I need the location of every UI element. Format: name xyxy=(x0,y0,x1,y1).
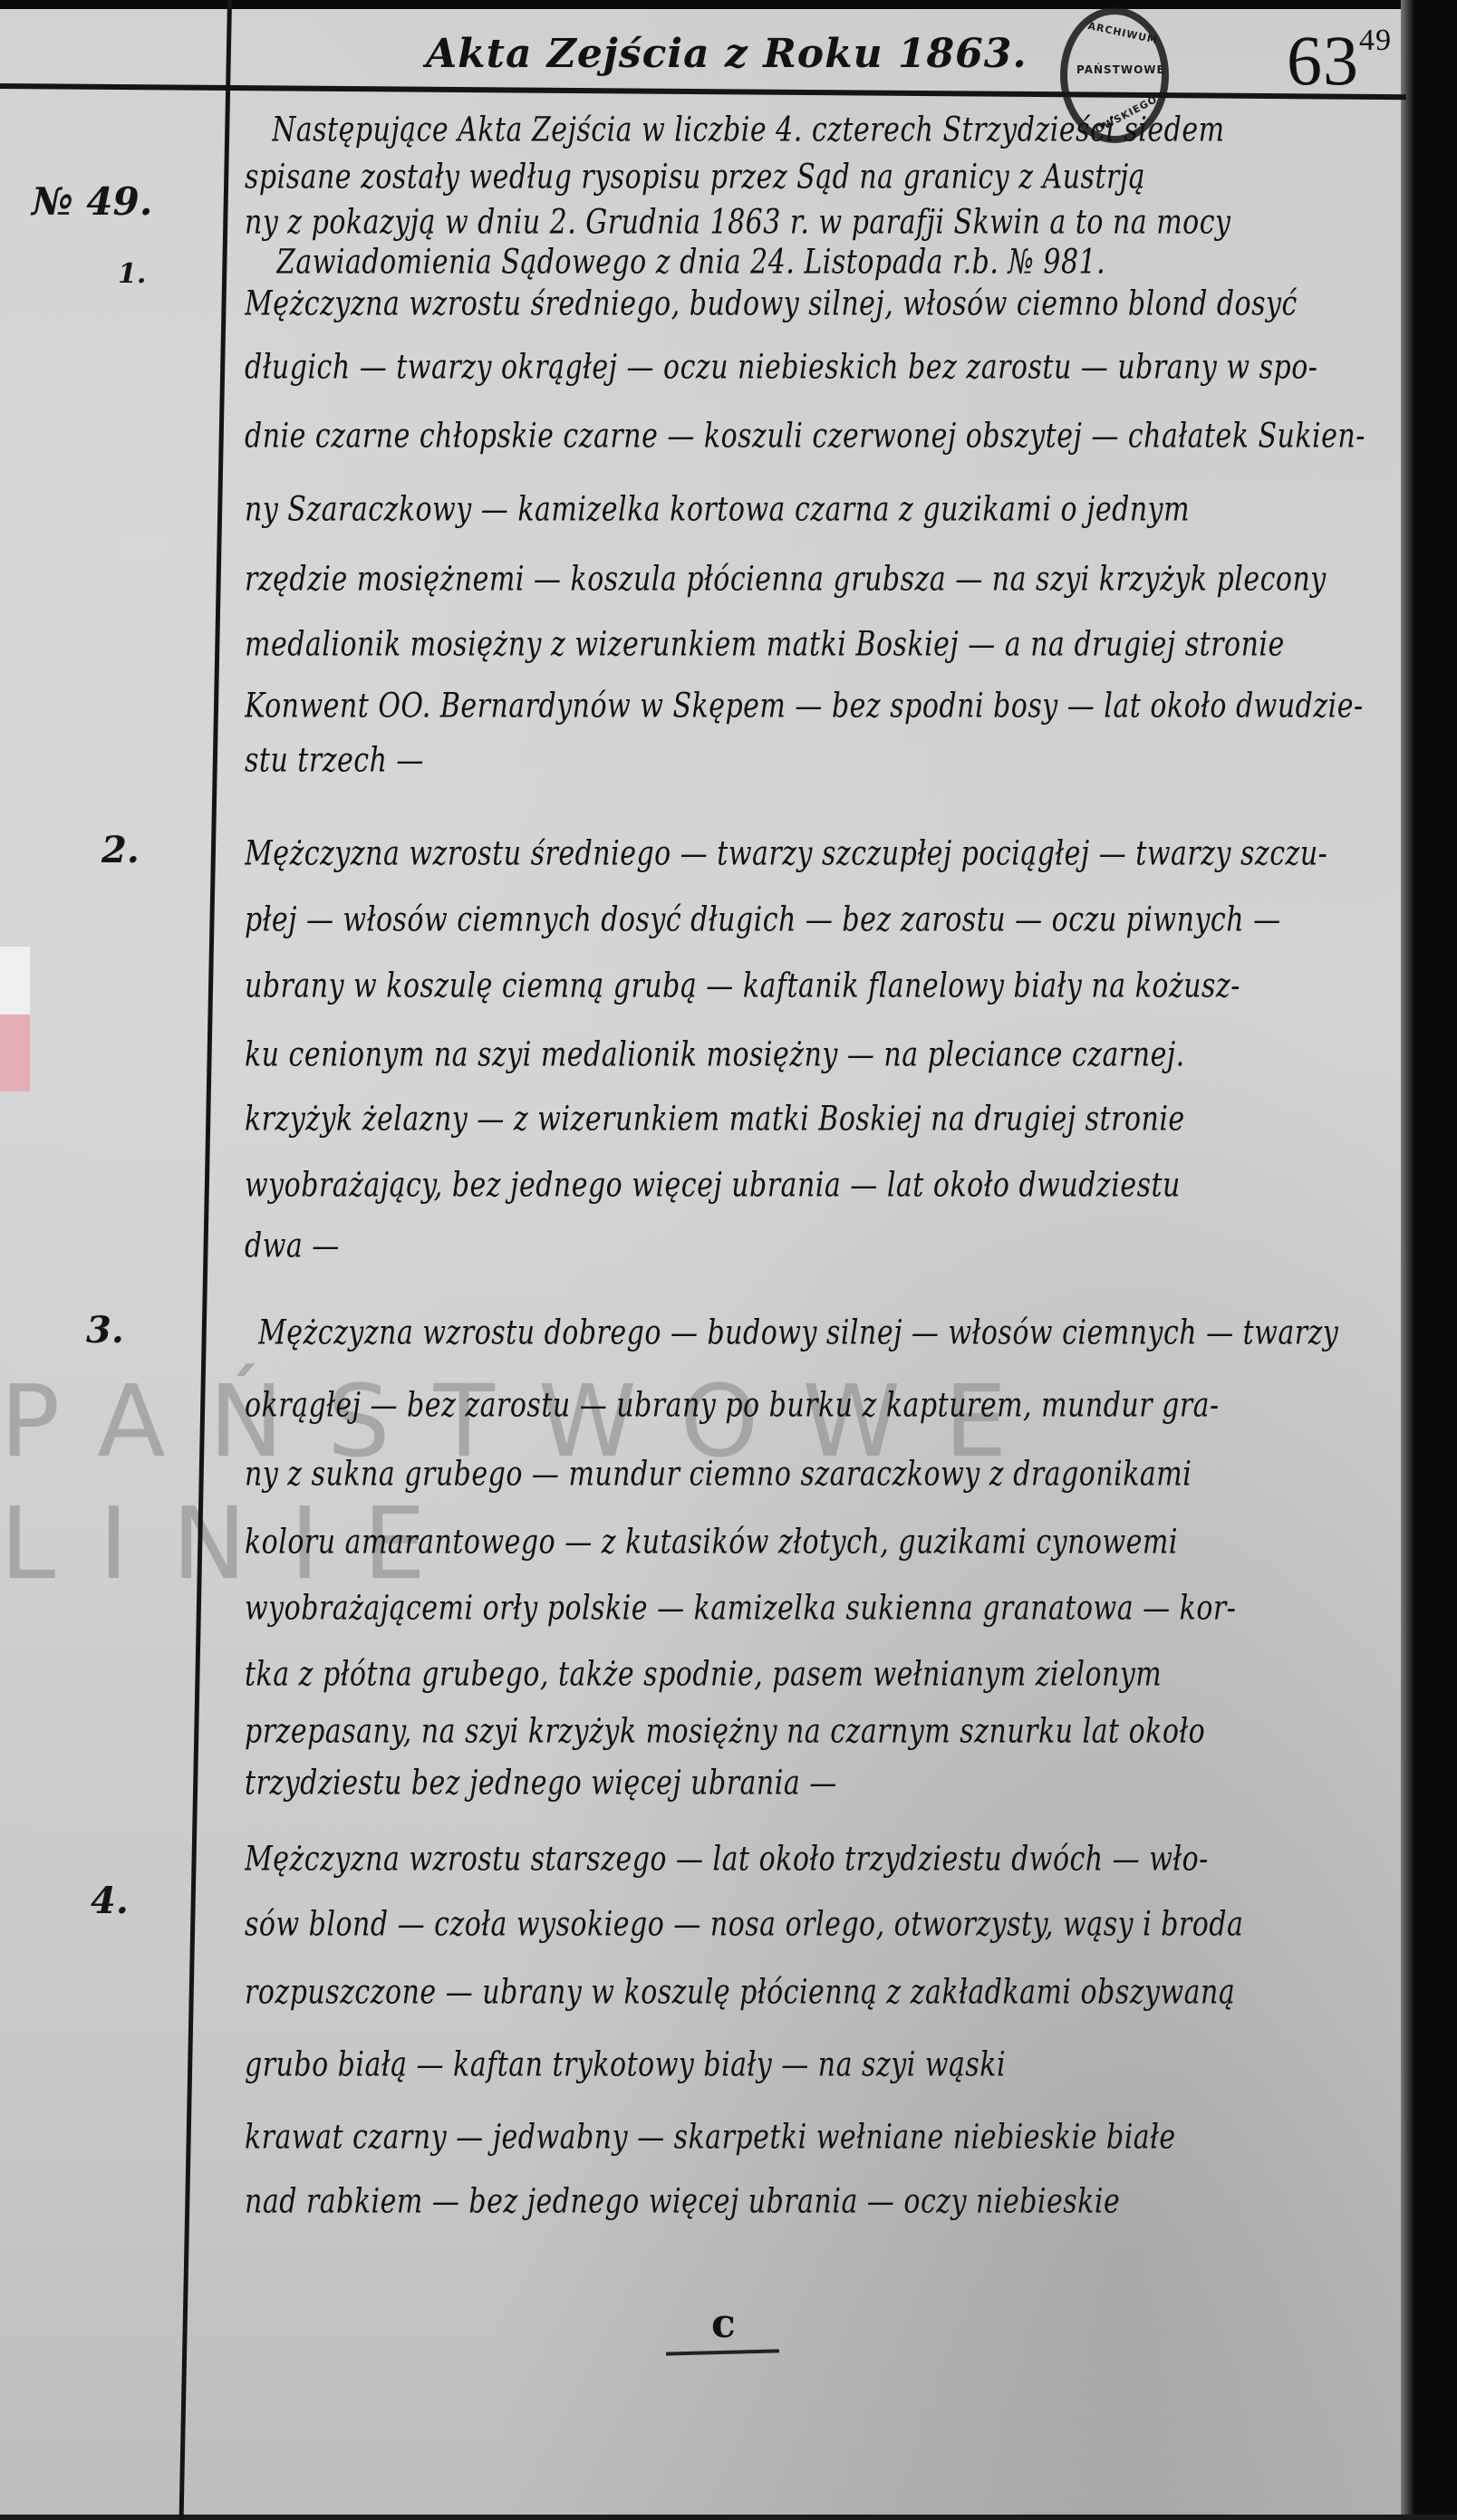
folio-number: 6349 xyxy=(1287,20,1392,101)
entry-4-line: rozpuszczone — ubrany w koszulę płócienn… xyxy=(245,1973,1400,2013)
watermark-white-block xyxy=(0,947,30,1015)
entry-3-line: trzydziestu bez jednego więcej ubrania — xyxy=(245,1764,1400,1803)
entry-3-line: tka z płótna grubego, także spodnie, pas… xyxy=(245,1655,1400,1695)
intro-line: ny z pokazyją w dniu 2. Grudnia 1863 r. … xyxy=(245,203,1400,243)
scan-bottom-border xyxy=(0,2515,1457,2520)
entry-number-4: 4. xyxy=(91,1880,129,1922)
entry-4-line: grubo białą — kaftan trykotowy biały — n… xyxy=(245,2045,1400,2085)
folio-superscript: 49 xyxy=(1359,24,1392,57)
folio-main: 63 xyxy=(1287,21,1359,100)
entry-2-line: płej — włosów ciemnych dosyć długich — b… xyxy=(245,900,1400,940)
entry-3-line: wyobrażającemi orły polskie — kamizelka … xyxy=(245,1589,1400,1629)
entry-1-line: Konwent OO. Bernardynów w Skępem — bez s… xyxy=(245,687,1400,726)
entry-2-line: wyobrażający, bez jednego więcej ubrania… xyxy=(245,1166,1400,1206)
entry-1-line: rzędzie mosiężnemi — koszula płócienna g… xyxy=(245,560,1400,600)
entry-1-line: medalionik mosiężny z wizerunkiem matki … xyxy=(245,625,1400,665)
entry-number-2: 2. xyxy=(101,829,140,871)
record-number: № 49. xyxy=(32,179,152,224)
entry-4-line: krawat czarny — jedwabny — skarpetki weł… xyxy=(245,2118,1400,2158)
entry-number-3: 3. xyxy=(86,1309,124,1351)
entry-2-line: Mężczyzna wzrostu średniego — twarzy szc… xyxy=(245,834,1400,874)
scan-top-border xyxy=(0,0,1457,9)
closing-mark: c xyxy=(711,2301,736,2347)
entry-1-line: Mężczyzna wzrostu średniego, budowy siln… xyxy=(245,284,1400,324)
entry-1-line: ny Szaraczkowy — kamizelka kortowa czarn… xyxy=(245,490,1400,530)
intro-line: spisane zostały według rysopisu przez Są… xyxy=(245,158,1400,197)
entry-1-line: stu trzech — xyxy=(245,741,1400,781)
page-title: Akta Zejścia z Roku 1863. xyxy=(426,31,1028,77)
entry-3-line: Mężczyzna wzrostu dobrego — budowy silne… xyxy=(258,1313,1414,1353)
intro-line: Zawiadomienia Sądowego z dnia 24. Listop… xyxy=(276,243,1432,283)
entry-2-line: ku cenionym na szyi medalionik mosiężny … xyxy=(245,1035,1400,1075)
entry-2-line: dwa — xyxy=(245,1226,1400,1266)
stamp-text-2: PAŃSTWOWE xyxy=(1076,63,1165,76)
entry-2-line: krzyżyk żelazny — z wizerunkiem matki Bo… xyxy=(245,1100,1400,1140)
entry-2-line: ubrany w koszulę ciemną grubą — kaftanik… xyxy=(245,967,1400,1006)
entry-4-line: sów blond — czoła wysokiego — nosa orleg… xyxy=(245,1905,1400,1945)
entry-number-1: 1. xyxy=(118,258,146,290)
entry-4-line: Mężczyzna wzrostu starszego — lat około … xyxy=(245,1840,1400,1880)
entry-4-line: nad rabkiem — bez jednego więcej ubrania… xyxy=(245,2182,1400,2222)
entry-3-line: ny z sukna grubego — mundur ciemno szara… xyxy=(245,1455,1400,1495)
scan-right-border xyxy=(1401,0,1414,2520)
entry-3-line: koloru amarantowego — z kutasików złotyc… xyxy=(245,1523,1400,1563)
intro-line: Następujące Akta Zejścia w liczbie 4. cz… xyxy=(272,111,1400,150)
entry-3-line: okrągłej — bez zarostu — ubrany po burku… xyxy=(245,1386,1400,1426)
entry-3-line: przepasany, na szyi krzyżyk mosiężny na … xyxy=(245,1712,1400,1752)
entry-1-line: dnie czarne chłopskie czarne — koszuli c… xyxy=(245,417,1400,457)
watermark-pink-block xyxy=(0,1015,30,1092)
entry-1-line: długich — twarzy okrągłej — oczu niebies… xyxy=(245,348,1400,388)
